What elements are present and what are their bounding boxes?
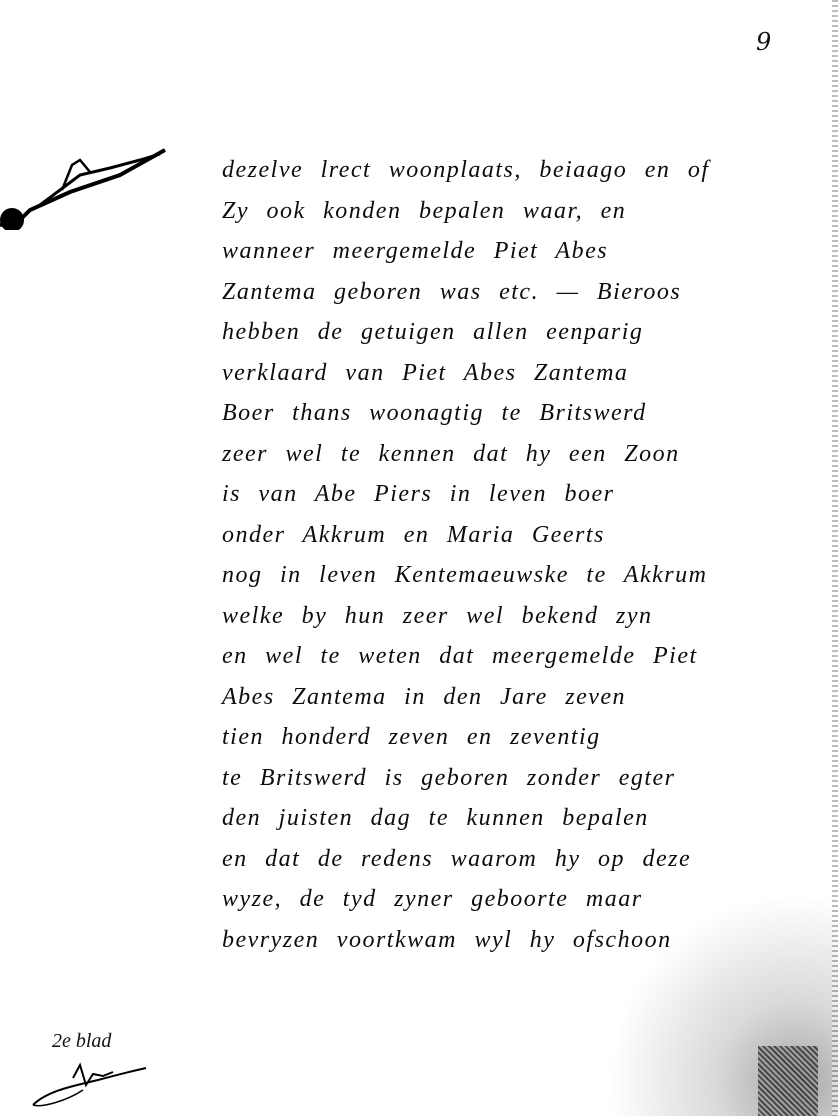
text-line: nog in leven Kentemaeuwske te Akkrum xyxy=(222,555,832,596)
page-number: 9 xyxy=(756,28,771,56)
text-line: te Britswerd is geboren zonder egter xyxy=(222,758,832,799)
handwritten-body: dezelve lrect woonplaats, beiaago en of … xyxy=(222,150,832,960)
text-line: welke by hun zeer wel bekend zyn xyxy=(222,596,832,637)
text-line: Zantema geboren was etc. — Bieroos xyxy=(222,272,832,313)
text-line: en dat de redens waarom hy op deze xyxy=(222,839,832,880)
text-line: verklaard van Piet Abes Zantema xyxy=(222,353,832,394)
document-page: 9 dezelve lrect woonplaats, beiaago en o… xyxy=(0,0,838,1116)
text-line: is van Abe Piers in leven boer xyxy=(222,474,832,515)
text-line: tien honderd zeven en zeventig xyxy=(222,717,832,758)
text-line: hebben de getuigen allen eenparig xyxy=(222,312,832,353)
scan-edge xyxy=(832,0,838,1116)
text-line: Boer thans woonagtig te Britswerd xyxy=(222,393,832,434)
text-line: Zy ook konden bepalen waar, en xyxy=(222,191,832,232)
text-line: onder Akkrum en Maria Geerts xyxy=(222,515,832,556)
sheet-note: 2e blad xyxy=(52,1030,111,1053)
scan-noise-stamp xyxy=(758,1046,818,1116)
text-line: zeer wel te kennen dat hy een Zoon xyxy=(222,434,832,475)
text-line: en wel te weten dat meergemelde Piet xyxy=(222,636,832,677)
text-line: wyze, de tyd zyner geboorte maar xyxy=(222,879,832,920)
margin-paraph-icon xyxy=(0,130,180,230)
footer-paraph-icon xyxy=(28,1060,148,1110)
text-line: Abes Zantema in den Jare zeven xyxy=(222,677,832,718)
text-line: wanneer meergemelde Piet Abes xyxy=(222,231,832,272)
text-line: bevryzen voortkwam wyl hy ofschoon xyxy=(222,920,832,961)
text-line: den juisten dag te kunnen bepalen xyxy=(222,798,832,839)
text-line: dezelve lrect woonplaats, beiaago en of xyxy=(222,150,832,191)
